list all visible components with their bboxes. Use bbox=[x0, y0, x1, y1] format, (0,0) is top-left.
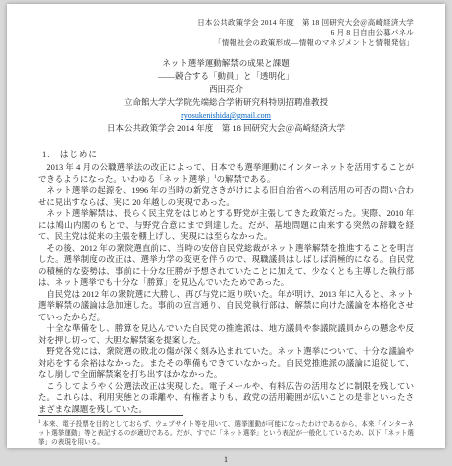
document-header: 日本公共政策学会 2014 年度 第 18 回研究大会＠高崎経済大学 6 月 8… bbox=[38, 18, 414, 48]
paragraph-2: ネット選挙の起源を、1996 年の当時の新党さきがけによる旧自治省への利活用の可… bbox=[38, 185, 414, 208]
header-panel-title: 「情報社会の政策形成―情報のマネジメントと情報発信」 bbox=[38, 38, 414, 48]
paragraph-3: ネット選挙解禁は、長らく民主党をはじめとする野党が主張してきた政策だった。実際、… bbox=[38, 208, 414, 243]
paragraph-4: その後、2012 年の衆院選直前に、当時の安倍自民党総裁がネット選挙解禁を推進す… bbox=[38, 243, 414, 289]
conference-line: 日本公共政策学会 2014 年度 第 18 回研究大会＠高崎経済大学 bbox=[38, 122, 414, 135]
footnote-text: 本来、電子投票を目的としておらず、ウェブサイト等を用いて、選挙運動が可能になった… bbox=[38, 421, 414, 446]
header-date-panel-line: 6 月 8 日自由公募パネル bbox=[38, 28, 414, 38]
author-affiliation: 立命館大学大学院先端総合学術研究科特別招聘准教授 bbox=[38, 96, 414, 109]
paper-subtitle: ――競合する「動員」と「透明化」 bbox=[38, 70, 414, 83]
footnote-separator bbox=[38, 415, 183, 416]
footnote: 1 本来、電子投票を目的としておらず、ウェブサイト等を用いて、選挙運動が可能にな… bbox=[38, 419, 414, 448]
paper-title: ネット選挙運動解禁の成果と課題 bbox=[38, 57, 414, 70]
author-email-link[interactable]: ryosukenishida@gmail.com bbox=[181, 111, 271, 120]
footnote-area: 1 本来、電子投票を目的としておらず、ウェブサイト等を用いて、選挙運動が可能にな… bbox=[38, 415, 414, 452]
paragraph-1-text-end: の解禁である。 bbox=[217, 175, 276, 184]
title-block: ネット選挙運動解禁の成果と課題 ――競合する「動員」と「透明化」 西田亮介 立命… bbox=[38, 57, 414, 135]
paragraph-7: 野党各党には、衆院選の敗北の傷が深く刻み込まれていた。ネット選挙について、十分な… bbox=[38, 346, 414, 381]
paragraph-6: 十全な準備をし、勝算を見込んでいた自民党の推進派は、地方議員や参議院議員からの懸… bbox=[38, 323, 414, 346]
paragraph-8: こうしてようやく公選法改正は実現した。電子メールや、有料広告の活用などに制限を残… bbox=[38, 381, 414, 416]
author-name: 西田亮介 bbox=[38, 83, 414, 96]
paper-page: 日本公共政策学会 2014 年度 第 18 回研究大会＠高崎経済大学 6 月 8… bbox=[7, 4, 445, 448]
paragraph-5: 自民党は 2012 年の衆院選に大勝し、再び与党に返り咲いた。年が明け、2013… bbox=[38, 289, 414, 324]
body-text: 2013 年 4 月の公職選挙法の改正によって、日本でも選挙運動にインターネット… bbox=[38, 162, 414, 415]
footnote-marker: 1 bbox=[38, 420, 41, 425]
section-heading: 1. はじめに bbox=[42, 148, 414, 160]
header-conference-line: 日本公共政策学会 2014 年度 第 18 回研究大会＠高崎経済大学 bbox=[38, 18, 414, 28]
paragraph-1: 2013 年 4 月の公職選挙法の改正によって、日本でも選挙運動にインターネット… bbox=[38, 162, 414, 185]
